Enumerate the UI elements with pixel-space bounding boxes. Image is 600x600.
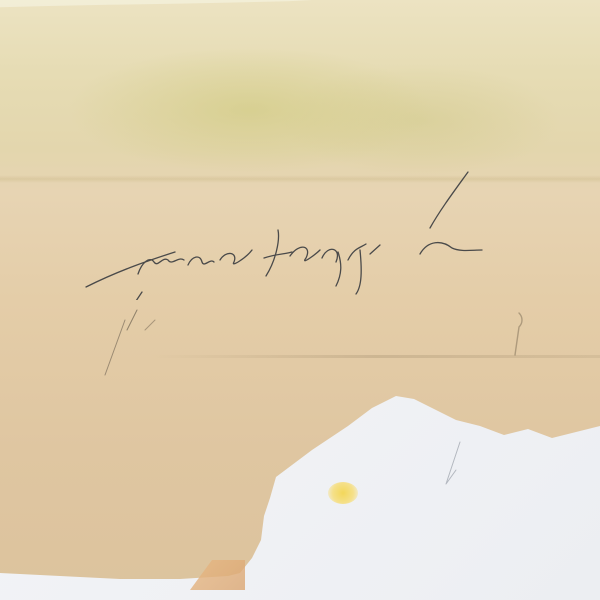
yellow-stain [328, 482, 358, 504]
pencil-signature [80, 170, 500, 300]
photo-scene: Wood Gaylor [0, 0, 600, 600]
pencil-mark-on-backing [440, 440, 470, 490]
pencil-marks-left [95, 300, 175, 380]
pencil-mark-right [505, 305, 535, 365]
